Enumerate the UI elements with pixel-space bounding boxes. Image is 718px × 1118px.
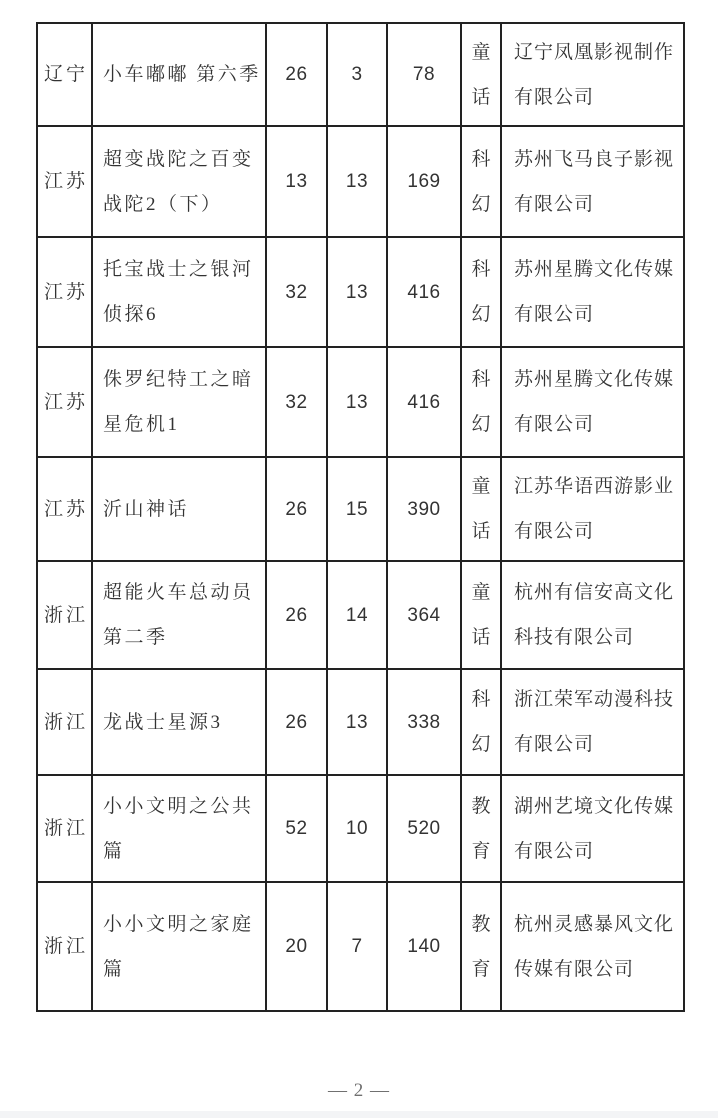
cell-company: 苏州星腾文化传媒 有限公司 [501,347,684,457]
cell-title: 龙战士星源3 [92,669,266,775]
cell-company: 苏州星腾文化传媒 有限公司 [501,237,684,347]
cell-province: 辽宁 [37,23,92,126]
cell-episodes: 26 [266,669,327,775]
cell-minutes-per-episode: 13 [327,126,387,237]
cell-province: 江苏 [37,347,92,457]
cell-episodes: 26 [266,23,327,126]
cell-title: 小车嘟嘟 第六季 [92,23,266,126]
cell-province: 江苏 [37,126,92,237]
cell-province: 江苏 [37,237,92,347]
cell-province: 江苏 [37,457,92,561]
table-row: 辽宁 小车嘟嘟 第六季 26 3 78 童话 辽宁凤凰影视制作 有限公司 [37,23,684,126]
cell-company: 辽宁凤凰影视制作 有限公司 [501,23,684,126]
cell-company: 苏州飞马良子影视 有限公司 [501,126,684,237]
cell-total-minutes: 416 [387,347,461,457]
cell-title: 超变战陀之百变 战陀2（下） [92,126,266,237]
page-bottom-edge [0,1111,718,1118]
cell-title: 侏罗纪特工之暗 星危机1 [92,347,266,457]
cell-category: 教育 [461,775,501,882]
cell-category: 科幻 [461,347,501,457]
cell-title: 超能火车总动员 第二季 [92,561,266,669]
cell-category: 童话 [461,457,501,561]
table-row: 浙江 龙战士星源3 26 13 338 科幻 浙江荣军动漫科技 有限公司 [37,669,684,775]
cell-total-minutes: 140 [387,882,461,1011]
cell-province: 浙江 [37,775,92,882]
cell-total-minutes: 78 [387,23,461,126]
cell-category: 童话 [461,23,501,126]
cell-total-minutes: 520 [387,775,461,882]
cell-province: 浙江 [37,561,92,669]
filing-table: 辽宁 小车嘟嘟 第六季 26 3 78 童话 辽宁凤凰影视制作 有限公司 江苏 … [36,22,685,1012]
cell-episodes: 52 [266,775,327,882]
cell-episodes: 32 [266,347,327,457]
cell-title: 小小文明之家庭 篇 [92,882,266,1011]
cell-minutes-per-episode: 10 [327,775,387,882]
cell-total-minutes: 364 [387,561,461,669]
cell-province: 浙江 [37,669,92,775]
cell-category: 科幻 [461,669,501,775]
table-row: 浙江 超能火车总动员 第二季 26 14 364 童话 杭州有信安高文化 科技有… [37,561,684,669]
table-row: 浙江 小小文明之家庭 篇 20 7 140 教育 杭州灵感暴风文化 传媒有限公司 [37,882,684,1011]
cell-total-minutes: 390 [387,457,461,561]
cell-episodes: 20 [266,882,327,1011]
cell-category: 教育 [461,882,501,1011]
table-row: 江苏 超变战陀之百变 战陀2（下） 13 13 169 科幻 苏州飞马良子影视 … [37,126,684,237]
cell-company: 杭州灵感暴风文化 传媒有限公司 [501,882,684,1011]
cell-minutes-per-episode: 15 [327,457,387,561]
cell-company: 浙江荣军动漫科技 有限公司 [501,669,684,775]
table-row: 江苏 侏罗纪特工之暗 星危机1 32 13 416 科幻 苏州星腾文化传媒 有限… [37,347,684,457]
page-number: — 2 — [0,1080,718,1102]
cell-category: 科幻 [461,126,501,237]
cell-province: 浙江 [37,882,92,1011]
cell-total-minutes: 416 [387,237,461,347]
table-row: 浙江 小小文明之公共 篇 52 10 520 教育 湖州艺境文化传媒 有限公司 [37,775,684,882]
document-page: 辽宁 小车嘟嘟 第六季 26 3 78 童话 辽宁凤凰影视制作 有限公司 江苏 … [0,0,718,1118]
cell-title: 小小文明之公共 篇 [92,775,266,882]
cell-company: 杭州有信安高文化 科技有限公司 [501,561,684,669]
cell-minutes-per-episode: 3 [327,23,387,126]
cell-episodes: 32 [266,237,327,347]
cell-minutes-per-episode: 13 [327,347,387,457]
cell-title: 托宝战士之银河 侦探6 [92,237,266,347]
cell-total-minutes: 338 [387,669,461,775]
cell-episodes: 26 [266,457,327,561]
cell-episodes: 13 [266,126,327,237]
cell-minutes-per-episode: 7 [327,882,387,1011]
cell-total-minutes: 169 [387,126,461,237]
cell-minutes-per-episode: 13 [327,237,387,347]
cell-minutes-per-episode: 14 [327,561,387,669]
cell-category: 科幻 [461,237,501,347]
cell-title: 沂山神话 [92,457,266,561]
table-row: 江苏 沂山神话 26 15 390 童话 江苏华语西游影业 有限公司 [37,457,684,561]
cell-episodes: 26 [266,561,327,669]
cell-company: 湖州艺境文化传媒 有限公司 [501,775,684,882]
cell-company: 江苏华语西游影业 有限公司 [501,457,684,561]
table-row: 江苏 托宝战士之银河 侦探6 32 13 416 科幻 苏州星腾文化传媒 有限公… [37,237,684,347]
cell-minutes-per-episode: 13 [327,669,387,775]
cell-category: 童话 [461,561,501,669]
